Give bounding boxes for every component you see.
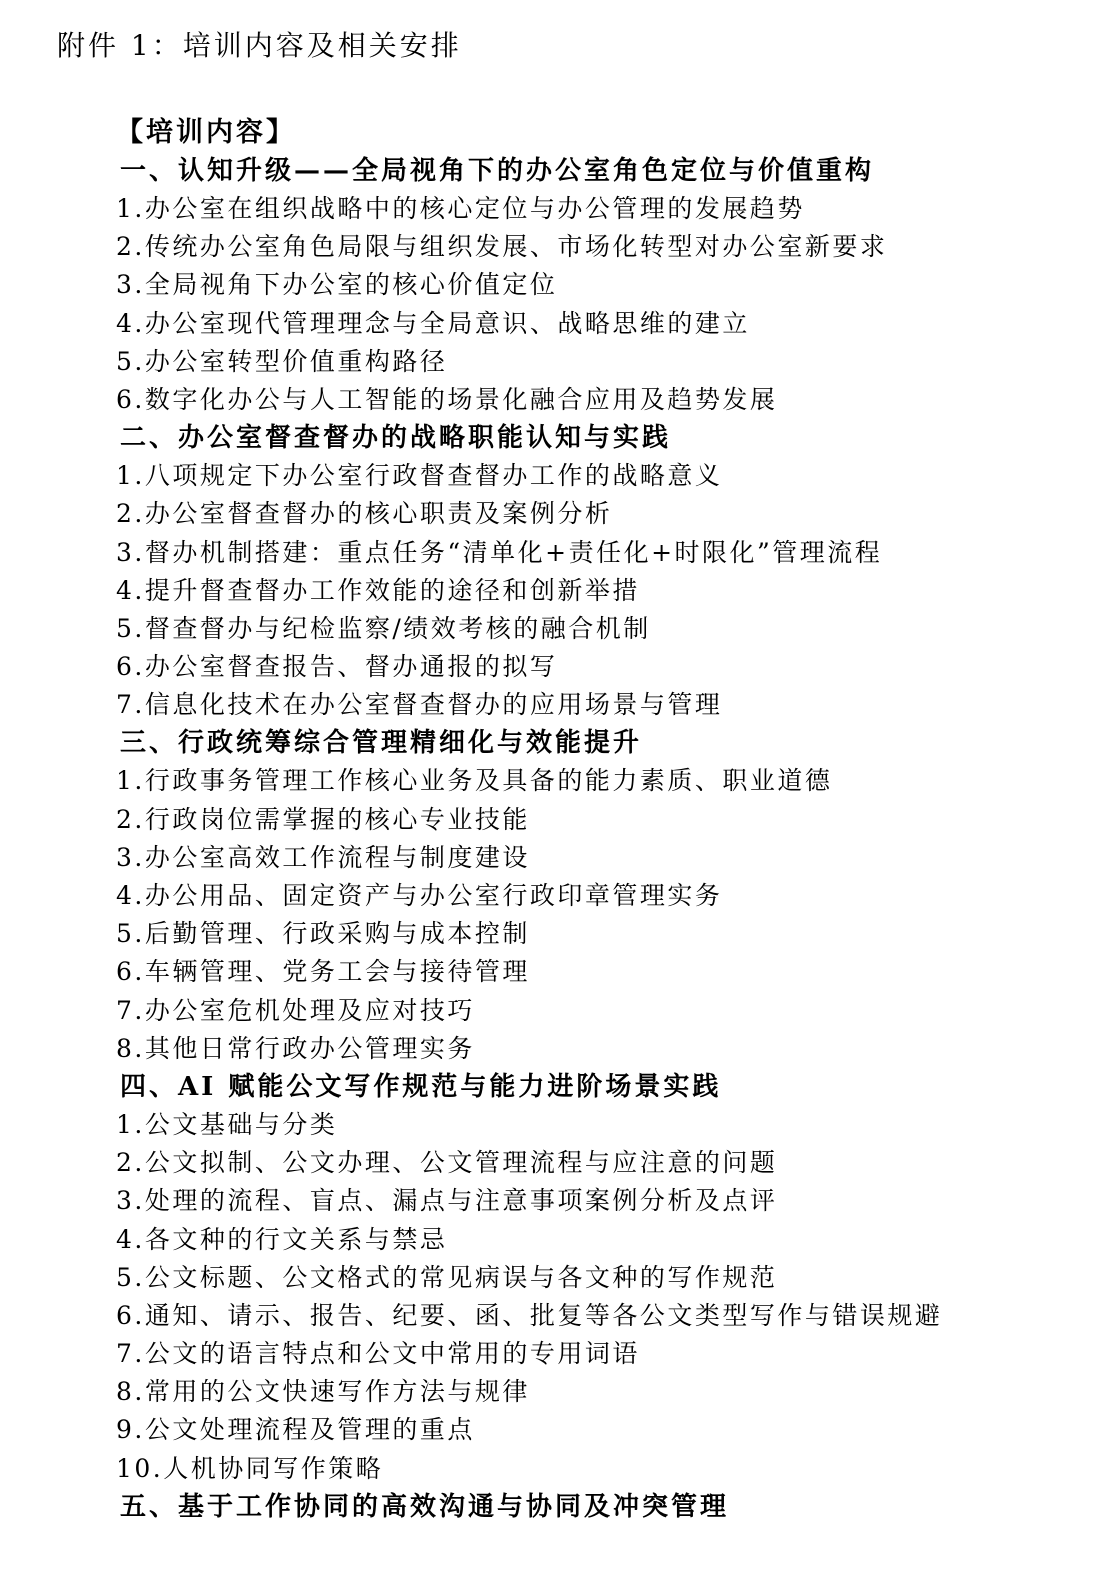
list-item: 7.公文的语言特点和公文中常用的专用词语 bbox=[116, 1335, 942, 1373]
list-item: 5.后勤管理、行政采购与成本控制 bbox=[116, 915, 942, 953]
list-item: 3.办公室高效工作流程与制度建设 bbox=[116, 839, 942, 877]
list-item: 10.人机协同写作策略 bbox=[116, 1450, 942, 1488]
list-item: 5.办公室转型价值重构路径 bbox=[116, 343, 942, 381]
list-item: 4.办公用品、固定资产与办公室行政印章管理实务 bbox=[116, 877, 942, 915]
document-title: 附件 1：培训内容及相关安排 bbox=[57, 24, 462, 68]
list-item: 3.督办机制搭建：重点任务“清单化+责任化+时限化”管理流程 bbox=[116, 534, 942, 572]
list-item: 5.督查督办与纪检监察/绩效考核的融合机制 bbox=[116, 610, 942, 648]
list-item: 6.数字化办公与人工智能的场景化融合应用及趋势发展 bbox=[116, 381, 942, 419]
block-5: 五、基于工作协同的高效沟通与协同及冲突管理 bbox=[116, 1488, 942, 1526]
list-item: 2.办公室督查督办的核心职责及案例分析 bbox=[116, 495, 942, 533]
block-title: 二、办公室督查督办的战略职能认知与实践 bbox=[120, 419, 942, 457]
list-item: 6.通知、请示、报告、纪要、函、批复等各公文类型写作与错误规避 bbox=[116, 1297, 942, 1335]
block-3: 三、行政统筹综合管理精细化与效能提升 1.行政事务管理工作核心业务及具备的能力素… bbox=[116, 724, 942, 1068]
block-4: 四、AI 赋能公文写作规范与能力进阶场景实践 1.公文基础与分类 2.公文拟制、… bbox=[116, 1068, 942, 1488]
list-item: 4.各文种的行文关系与禁忌 bbox=[116, 1221, 942, 1259]
block-title: 四、AI 赋能公文写作规范与能力进阶场景实践 bbox=[120, 1068, 942, 1106]
list-item: 1.八项规定下办公室行政督查督办工作的战略意义 bbox=[116, 457, 942, 495]
list-item: 3.全局视角下办公室的核心价值定位 bbox=[116, 266, 942, 304]
block-title: 三、行政统筹综合管理精细化与效能提升 bbox=[120, 724, 942, 762]
list-item: 5.公文标题、公文格式的常见病误与各文种的写作规范 bbox=[116, 1259, 942, 1297]
list-item: 2.行政岗位需掌握的核心专业技能 bbox=[116, 801, 942, 839]
list-item: 3.处理的流程、盲点、漏点与注意事项案例分析及点评 bbox=[116, 1182, 942, 1220]
list-item: 2.公文拟制、公文办理、公文管理流程与应注意的问题 bbox=[116, 1144, 942, 1182]
list-item: 4.办公室现代管理理念与全局意识、战略思维的建立 bbox=[116, 305, 942, 343]
block-title: 五、基于工作协同的高效沟通与协同及冲突管理 bbox=[120, 1488, 942, 1526]
list-item: 1.行政事务管理工作核心业务及具备的能力素质、职业道德 bbox=[116, 762, 942, 800]
list-item: 8.其他日常行政办公管理实务 bbox=[116, 1030, 942, 1068]
list-item: 9.公文处理流程及管理的重点 bbox=[116, 1411, 942, 1449]
list-item: 7.信息化技术在办公室督查督办的应用场景与管理 bbox=[116, 686, 942, 724]
section-heading: 【培训内容】 bbox=[116, 114, 942, 152]
block-2: 二、办公室督查督办的战略职能认知与实践 1.八项规定下办公室行政督查督办工作的战… bbox=[116, 419, 942, 724]
block-title: 一、认知升级——全局视角下的办公室角色定位与价值重构 bbox=[120, 152, 942, 190]
list-item: 8.常用的公文快速写作方法与规律 bbox=[116, 1373, 942, 1411]
list-item: 6.车辆管理、党务工会与接待管理 bbox=[116, 953, 942, 991]
list-item: 1.公文基础与分类 bbox=[116, 1106, 942, 1144]
block-1: 一、认知升级——全局视角下的办公室角色定位与价值重构 1.办公室在组织战略中的核… bbox=[116, 152, 942, 419]
list-item: 6.办公室督查报告、督办通报的拟写 bbox=[116, 648, 942, 686]
list-item: 2.传统办公室角色局限与组织发展、市场化转型对办公室新要求 bbox=[116, 228, 942, 266]
list-item: 7.办公室危机处理及应对技巧 bbox=[116, 992, 942, 1030]
list-item: 4.提升督查督办工作效能的途径和创新举措 bbox=[116, 572, 942, 610]
list-item: 1.办公室在组织战略中的核心定位与办公管理的发展趋势 bbox=[116, 190, 942, 228]
training-content: 【培训内容】 一、认知升级——全局视角下的办公室角色定位与价值重构 1.办公室在… bbox=[116, 114, 942, 1526]
